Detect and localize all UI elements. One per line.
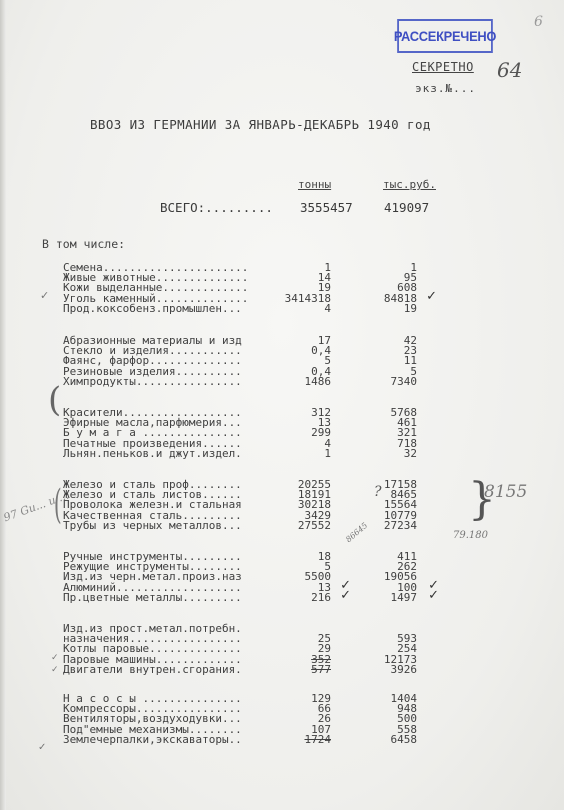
total-tons: 3555457 bbox=[300, 200, 384, 215]
column-header-rubles: тыс.руб. bbox=[383, 178, 436, 191]
margin-check-icon: ✓ bbox=[51, 665, 59, 675]
handwritten-steel-total: 8155 bbox=[484, 482, 527, 502]
margin-bracket: ( bbox=[48, 380, 61, 420]
row-group: Красители..................3125768Эфирны… bbox=[63, 408, 483, 459]
table-row: Прод.коксобенз.промышлен...419 bbox=[63, 304, 483, 314]
margin-check-icon: ✓ bbox=[51, 653, 59, 663]
row-group: Ручные инструменты.........18411Режущие … bbox=[63, 552, 483, 603]
row-group: Н а с о с ы ...............1291404Компре… bbox=[63, 694, 483, 745]
table-row: Пр.цветные металлы.........2161497✓✓ bbox=[63, 593, 483, 603]
item-rubles: 1497 bbox=[391, 593, 418, 603]
table-row: Льнян.пеньков.и джут.издел.132 bbox=[63, 449, 483, 459]
classification-label: СЕКРЕТНО bbox=[412, 60, 474, 74]
item-tons: 27552 bbox=[298, 521, 331, 531]
item-name: Землечерпалки,экскаваторы.. bbox=[63, 735, 242, 745]
column-header-tons: тонны bbox=[298, 178, 331, 191]
item-name: Трубы из черных металлов... bbox=[63, 521, 242, 531]
row-group: Изд.из прост.метал.потребн.назначения...… bbox=[63, 624, 483, 675]
item-rubles: 3926 bbox=[391, 665, 418, 675]
item-rubles: 7340 bbox=[391, 377, 418, 387]
item-rubles: 6458 bbox=[391, 735, 418, 745]
row-group: Семена......................11Живые живо… bbox=[63, 263, 483, 314]
document-page: РАССЕКРЕЧЕНО 6 СЕКРЕТНО экз.№... 64 ВВОЗ… bbox=[0, 0, 564, 810]
page-edge bbox=[0, 0, 6, 810]
handwritten-page-number: 6 bbox=[534, 14, 543, 30]
check-mark-icon: ✓ bbox=[340, 591, 351, 601]
handwritten-question-mark: ? bbox=[374, 484, 382, 500]
item-tons: 216 bbox=[311, 593, 331, 603]
declassified-stamp: РАССЕКРЕЧЕНО bbox=[397, 19, 493, 53]
item-name: Прод.коксобенз.промышлен... bbox=[63, 304, 242, 314]
item-rubles: 27234 bbox=[384, 521, 417, 531]
margin-bracket: ( bbox=[54, 482, 62, 528]
margin-check-icon: ✓ bbox=[38, 742, 46, 753]
subheading: В том числе: bbox=[42, 237, 125, 251]
item-name: Пр.цветные металлы......... bbox=[63, 593, 242, 603]
item-name: Двигатели внутрен.сгорания. bbox=[63, 665, 242, 675]
check-mark-icon: ✓ bbox=[426, 292, 437, 302]
item-tons: 4 bbox=[324, 304, 331, 314]
table-row: Двигатели внутрен.сгорания.5773926 bbox=[63, 665, 483, 675]
table-row: Землечерпалки,экскаваторы..17246458 bbox=[63, 735, 483, 745]
copy-number: экз.№... bbox=[415, 82, 476, 95]
handwritten-folio: 64 bbox=[497, 58, 522, 82]
item-rubles: 32 bbox=[404, 449, 417, 459]
check-mark-icon: ✓ bbox=[428, 591, 439, 601]
item-tons: 577 bbox=[311, 665, 331, 675]
table-row: Химпродукты................14867340 bbox=[63, 377, 483, 387]
item-tons: 1 bbox=[324, 449, 331, 459]
item-name: Химпродукты................ bbox=[63, 377, 242, 387]
total-row: ВСЕГО:......... 3555457 419097 bbox=[160, 200, 296, 215]
handwritten-pipes-rub-note: 79.180 bbox=[453, 530, 488, 541]
row-group: Железо и сталь проф........2025517158Жел… bbox=[63, 480, 483, 531]
item-name: Льнян.пеньков.и джут.издел. bbox=[63, 449, 242, 459]
total-rubles: 419097 bbox=[384, 200, 429, 215]
item-tons: 1724 bbox=[305, 735, 332, 745]
document-title: ВВОЗ ИЗ ГЕРМАНИИ ЗА ЯНВАРЬ-ДЕКАБРЬ 1940 … bbox=[90, 117, 431, 132]
row-group: Абразионные материалы и изд1742Стекло и … bbox=[63, 336, 483, 387]
item-tons: 1486 bbox=[305, 377, 332, 387]
table-row: Трубы из черных металлов...2755227234 bbox=[63, 521, 483, 531]
item-rubles: 19 bbox=[404, 304, 417, 314]
margin-check-icon: ✓ bbox=[40, 289, 49, 302]
total-label: ВСЕГО:......... bbox=[160, 200, 296, 215]
